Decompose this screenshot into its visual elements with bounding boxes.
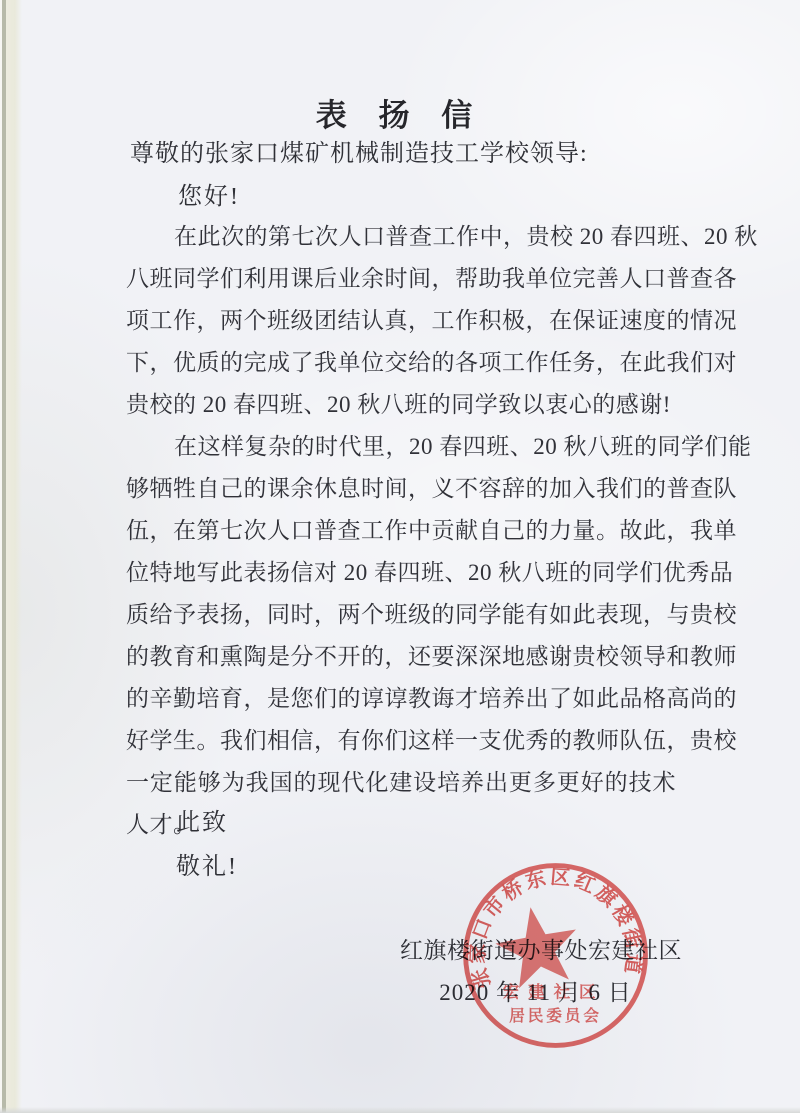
body-line: 的辛勤培育，是您们的谆谆教诲才培养出了如此品格高尚的 bbox=[126, 678, 676, 720]
body-line: 在此次的第七次人口普查工作中，贵校 20 春四班、20 秋 bbox=[126, 216, 676, 258]
body-line: 贵校的 20 春四班、20 秋八班的同学致以衷心的感谢! bbox=[126, 384, 676, 426]
scanned-letter-page: 表 扬 信 尊敬的张家口煤矿机械制造技工学校领导: 您好! 在此次的第七次人口普… bbox=[0, 0, 800, 1113]
letter-title: 表 扬 信 bbox=[0, 90, 800, 135]
letter-body: 在此次的第七次人口普查工作中，贵校 20 春四班、20 秋 八班同学们利用课后业… bbox=[126, 216, 676, 804]
scan-edge-left bbox=[0, 0, 22, 1113]
body-line: 够牺牲自己的课余休息时间，义不容辞的加入我们的普查队 bbox=[126, 468, 676, 510]
letter-greeting: 您好! bbox=[178, 181, 478, 213]
letter-closing: 此致 bbox=[176, 801, 228, 845]
body-line: 下，优质的完成了我单位交给的各项工作任务，在此我们对 bbox=[126, 342, 676, 384]
body-line: 质给予表扬，同时，两个班级的同学能有如此表现，与贵校 bbox=[126, 594, 676, 636]
body-line: 在这样复杂的时代里，20 春四班、20 秋八班的同学们能 bbox=[126, 426, 676, 468]
body-line: 好学生。我们相信，有你们这样一支优秀的教师队伍，贵校 bbox=[126, 720, 676, 762]
body-line: 项工作，两个班级团结认真，工作积极，在保证速度的情况 bbox=[126, 300, 676, 342]
seal-star-icon bbox=[490, 900, 584, 991]
body-line: 的教育和熏陶是分不开的，还要深深地感谢贵校领导和教师 bbox=[126, 636, 676, 678]
scan-edge-bottom bbox=[0, 1107, 800, 1113]
letter-salute: 敬礼! bbox=[176, 845, 238, 889]
official-seal: 张家口市桥东区红旗楼街道 宏建社区 居民委员会 bbox=[450, 848, 665, 1063]
body-line: 一定能够为我国的现代化建设培养出更多更好的技术人才。 bbox=[126, 762, 676, 804]
seal-inner-line2: 居民委员会 bbox=[509, 1006, 602, 1025]
letter-salutation: 尊敬的张家口煤矿机械制造技工学校领导: bbox=[130, 138, 750, 170]
seal-inner-line1: 宏建社区 bbox=[503, 982, 605, 1002]
body-line: 位特地写此表扬信对 20 春四班、20 秋八班的同学们优秀品 bbox=[126, 552, 676, 594]
body-line: 八班同学们利用课后业余时间，帮助我单位完善人口普查各 bbox=[126, 258, 676, 300]
body-line: 伍，在第七次人口普查工作中贡献自己的力量。故此，我单 bbox=[126, 510, 676, 552]
